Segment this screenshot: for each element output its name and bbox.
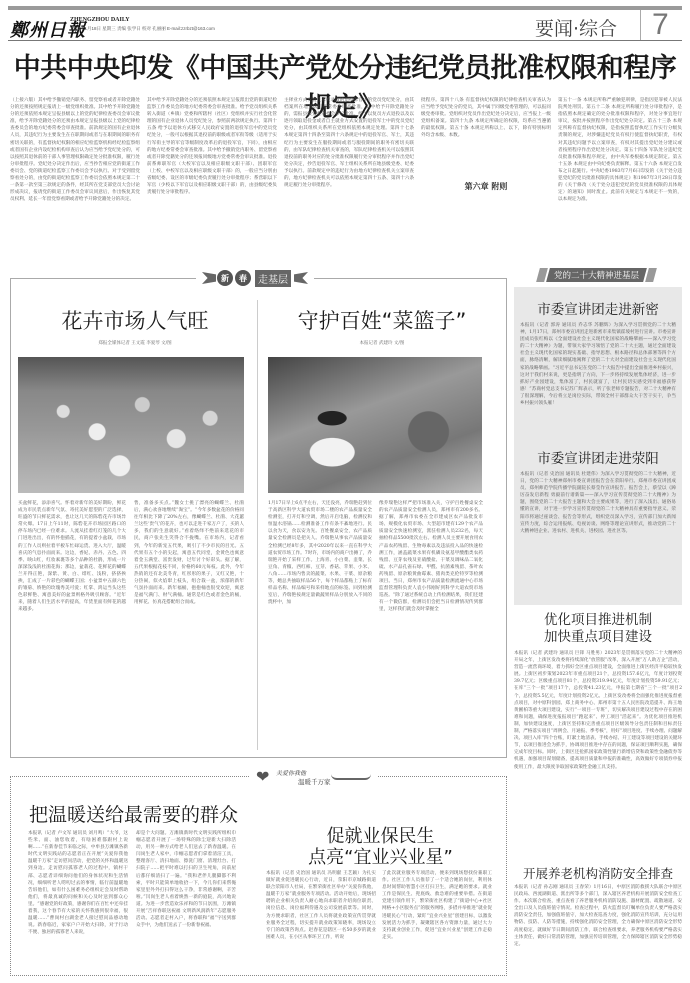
header-rule	[8, 40, 682, 41]
banner-slash-right-icon	[645, 268, 657, 282]
wave-decoration-icon	[331, 774, 371, 780]
flower-story-headline: 花卉市场人气旺	[20, 305, 250, 335]
warmth-right-column-1: 本报讯（记者 史治国 通讯员 冯明献 王艺颖）为扎实做好就业促进暖民心行动，近日…	[266, 870, 376, 972]
warmth-left-column-1: 本报讯（记者 卢文军 通讯员 刘月鸣）“大爷，这些米、面、油您收着，有啥困难都跟…	[28, 830, 128, 970]
newspaper-english-name: ZHENGZHOU DAILY	[70, 17, 130, 23]
ribbon-left-icon	[202, 272, 216, 284]
warmth-right-headline-line-2: 点亮“宜业兴业星”	[258, 847, 503, 868]
sidebar-banner-label: 党的二十大精神进基层	[554, 269, 639, 281]
lead-column-3: 主择业方式安置且未被录取的退役军官中的党员党纪处分，由其档案所在地县级纪委常委会…	[284, 97, 414, 249]
vegetable-story-byline: 本报记者 武建玲 文/图	[262, 340, 502, 346]
fire-safety-body: 本报讯（记者 孙志刚 通讯员 王春荣）1月16日，中原区消防救援大队联合中原区民…	[514, 884, 682, 980]
lead-column-1: （上接六版）其中给予撤销党内职务、留党察看或者开除党籍处分的还须按照规定报请上一…	[10, 97, 140, 249]
section-name: 要闻·综合	[535, 14, 617, 41]
warmth-left-headline: 把温暖送给最需要的群众	[16, 800, 251, 827]
feature-badge: 新 春 走基层	[196, 268, 314, 288]
lead-column-4-wrap: 批程序。第四十八条 有监督执纪权限的纪律检查机关审查认为应当给予党纪处分的党员，…	[421, 97, 551, 249]
warmth-right-headline-line-1: 促就业保民生	[258, 826, 503, 847]
xingyang-headline: 市委宣讲团走进荥阳	[514, 447, 682, 467]
flower-market-photo	[18, 357, 244, 493]
vegetable-inspection-photo	[268, 357, 482, 493]
vegetable-story-column-2: 像乔瑞艳这样严把市场准入关，守护百姓餐桌安全的农产品质量安全检测人员，郑州市有2…	[379, 500, 483, 752]
warmth-left-column-2: 却是个大问题。万滩镇新时代文明实践所组织巾帼志愿者开展了一场特殊的除尘迎新大扫除…	[136, 830, 236, 970]
badge-label: 走基层	[255, 270, 291, 287]
warmth-right-headline: 促就业保民生 点亮“宜业兴业星”	[258, 826, 503, 868]
xinmi-headline: 市委宣讲团走进新密	[514, 298, 682, 318]
project-body: 本报讯（记者 武建玲 通讯员 巨锋 马胜男）2023年是贯彻落实党的二十大精神的…	[514, 650, 682, 852]
project-headline: 优化项目推进机制 加快重点项目建设	[514, 612, 682, 646]
xinmi-body: 本报讯（记者 郭涛 通讯员 乔志华 苏鹏辉）为深入学习贯彻党的二十大精神，1月1…	[520, 322, 676, 437]
vegetable-story-column-1: 1月17日早上6点半左右，天还没亮，乔瑞艳赶到位于高新区科学大道农贸市场二楼的农…	[268, 500, 372, 752]
flower-story-column-2: 售，准备多买点。”魏女士挑了漂亮的蝴蝶兰、杜鹃后，满心欢喜地继续“淘宝”。“今年…	[134, 500, 244, 752]
sidebar-banner: 党的二十大精神进基层	[536, 268, 657, 282]
lead-column-4: 批程序。第四十八条 有监督执纪权限的纪律检查机关审查认为应当给予党纪处分的党员，…	[421, 97, 551, 177]
issue-meta: 2023年1月18日 星期三 责编 张学日 校对 孔丽丽 E-mail:zzrb…	[70, 26, 215, 32]
heart-icon: ❤	[256, 769, 272, 785]
warmth-right-column-2: 了此次就业服务专项活动，便来到现场想找份兼职工作。社区工作人员推荐了一个适合她的…	[382, 870, 492, 972]
seal-chun: 春	[235, 270, 251, 286]
warmth-badge-line-2: 温暖千万家	[298, 777, 331, 786]
vegetable-story-headline: 守护百姓“菜篮子”	[262, 305, 502, 335]
project-headline-line-1: 优化项目推进机制	[514, 612, 682, 629]
warmth-badge: ❤ 关爱你我他 温暖千万家	[250, 768, 377, 786]
xingyang-body: 本报讯（记者 史治国 通讯员 杜建伟）为深入学习贯彻党的二十大精神，近日，党的二…	[520, 471, 676, 599]
flower-story-byline: 郑报全媒体记者 王文霞 李爱琴 文/图	[20, 340, 250, 346]
flower-story-column-1: 买盆鲜花，添添喜气。怀着对新年的美好期盼，鲜花成为市民装点新年气氛、寄托美好愿望…	[18, 500, 126, 752]
seal-xin: 新	[217, 270, 233, 286]
page-number: 7	[652, 8, 669, 42]
top-rule	[8, 6, 682, 10]
feature-divider	[257, 300, 258, 750]
warmth-badge-line-1: 关爱你我他	[276, 768, 331, 777]
ribbon-right-icon	[294, 272, 308, 284]
page-divider	[640, 10, 641, 40]
fire-safety-headline: 开展养老机构消防安全排查	[514, 864, 682, 882]
chapter-heading: 第六章 附则	[421, 181, 551, 192]
lead-column-2: 其中给予开除党籍处分的还须依照本规定呈报派出党的街道纪检监察工作委员会的地方纪委…	[147, 97, 277, 249]
lead-column-5: 第五十一条 本规定所称严重触犯刑律，是指因犯罪被人民法院判处刑罚。第五十二条 本…	[558, 97, 682, 249]
project-headline-line-2: 加快重点项目建设	[514, 629, 682, 646]
